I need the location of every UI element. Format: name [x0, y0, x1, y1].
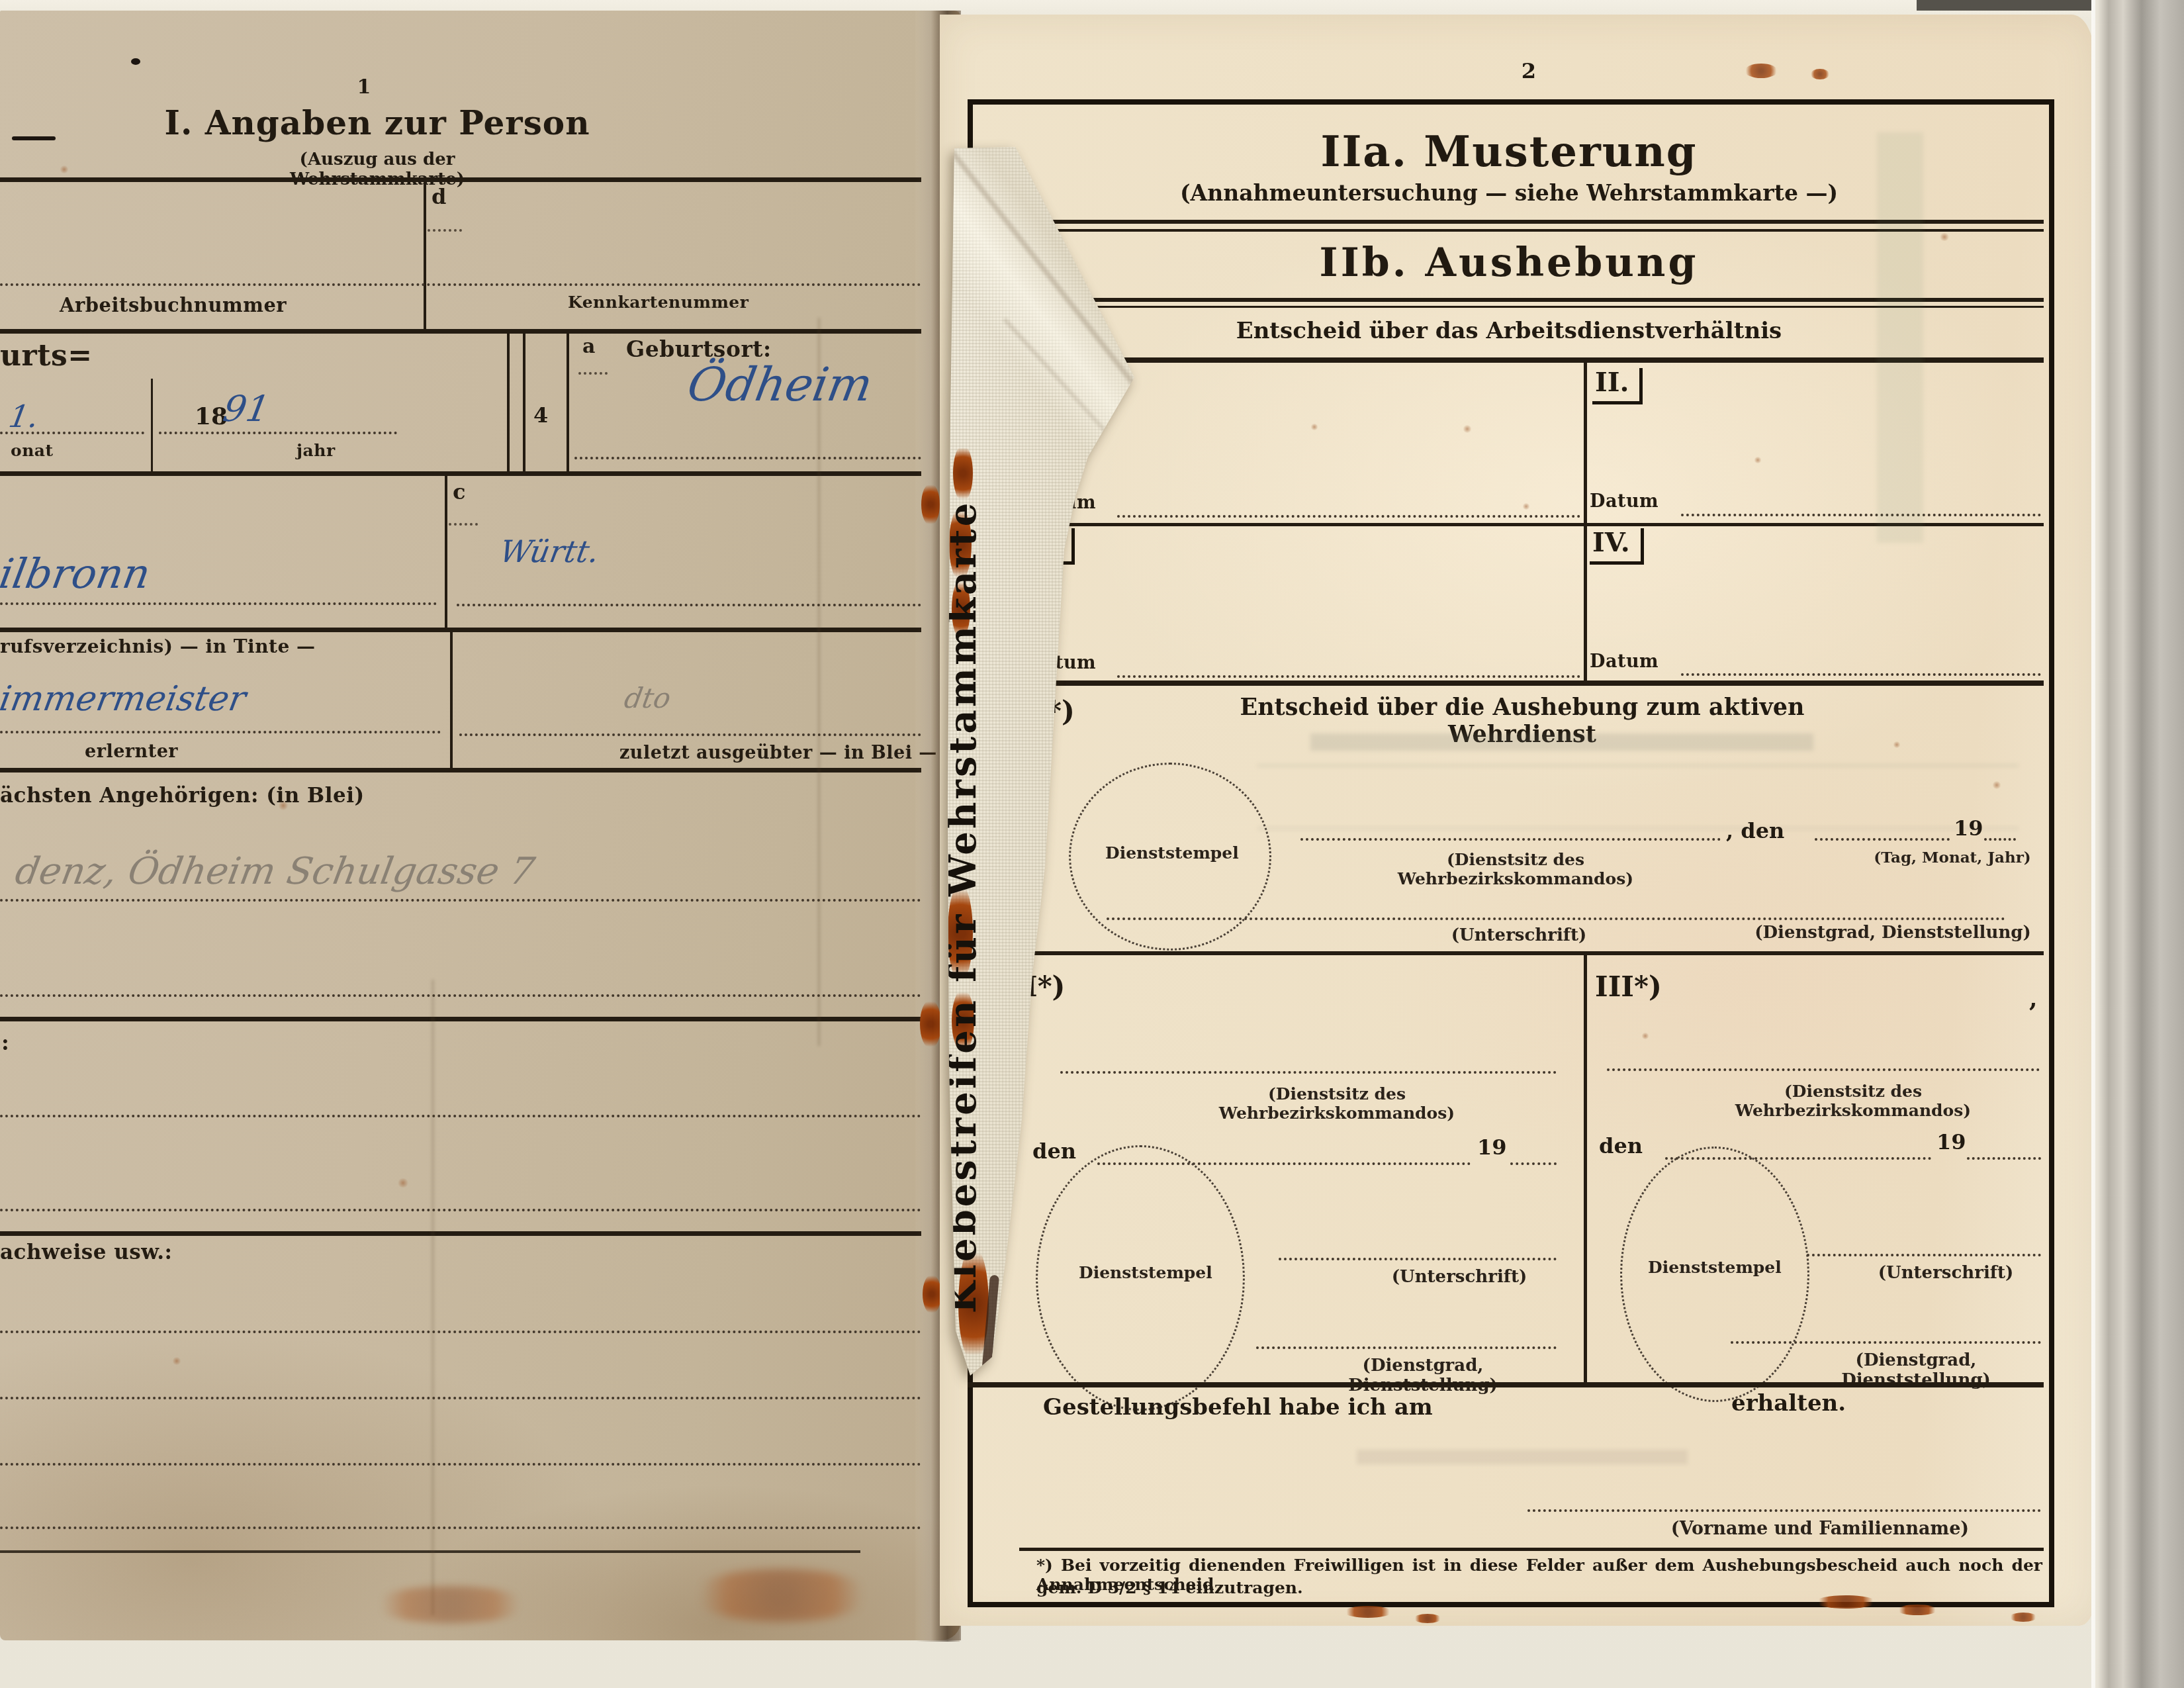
- left-page-number: 1: [318, 75, 410, 99]
- stain: [1992, 781, 2001, 789]
- label-erlernter: erlernter: [85, 741, 178, 762]
- bleed-through-line: [1257, 827, 2019, 829]
- left-page: [0, 11, 961, 1640]
- caption-dienstsitz: (Dienstsitz des Wehrbezirkskommandos): [1350, 850, 1681, 888]
- caption-dienstsitz: (Dienstsitz des Wehrbezirkskommandos): [1668, 1082, 2038, 1120]
- handwriting-beruf: immermeister: [0, 679, 249, 719]
- divider: [450, 628, 453, 769]
- stain: [1745, 64, 1778, 78]
- bleed-through-line: [1257, 765, 2019, 767]
- rule: [0, 768, 921, 773]
- page-edge-highlight: [2091, 0, 2095, 1688]
- rule: [0, 329, 921, 334]
- caption-unterschrift: (Unterschrift): [1350, 1267, 1569, 1287]
- entry-line: [457, 604, 921, 606]
- label-19: 19: [1477, 1135, 1507, 1160]
- field-box-c: c: [453, 479, 466, 504]
- entry-line: [1807, 1254, 2041, 1256]
- left-page-subtitle: (Auszug aus der Wehrstammkarte): [212, 150, 543, 189]
- entry-line: [1300, 838, 1721, 841]
- entry-line: [1117, 515, 1580, 518]
- stain: [278, 801, 289, 810]
- footnote-line-2: gem. D 3/2 § 14 einzutragen.: [1036, 1578, 2042, 1597]
- entry-line: [1117, 675, 1580, 678]
- entry-line: [1984, 838, 2016, 841]
- handwriting-land: Württ.: [497, 534, 602, 569]
- entry-line: [1681, 514, 2041, 516]
- tick-marks: [578, 372, 608, 375]
- divider: [445, 471, 447, 628]
- rule: [0, 1017, 921, 1021]
- entry-line: [1681, 673, 2041, 676]
- entry-line: [0, 899, 921, 902]
- right-page-number: 2: [1482, 58, 1575, 83]
- stain: [1414, 1614, 1441, 1623]
- entry-line: [1815, 838, 1950, 841]
- tick-marks: [428, 229, 462, 232]
- entry-line: [0, 994, 921, 997]
- stain: [1463, 425, 1472, 433]
- entry-line: [0, 283, 921, 286]
- photo-edge-sliver: [1917, 0, 2091, 11]
- entry-line: [1607, 1068, 2040, 1071]
- rule: [1019, 1548, 2044, 1551]
- text-gestellungsbefehl: Gestellungsbefehl habe ich am: [1043, 1394, 1433, 1421]
- tab-text-klebestreifen: Klebestreifen für Wehrstammkarte: [941, 430, 1018, 1383]
- tick-marks: [449, 523, 478, 526]
- entry-line: [1107, 917, 2005, 920]
- entry-line: [0, 1397, 921, 1399]
- label-den: , den: [1726, 818, 1784, 843]
- rule: [0, 628, 921, 632]
- entry-line: [574, 457, 921, 459]
- entry-line: [0, 432, 144, 434]
- label-zuletzt-ausgeuebter: zuletzt ausgeübter — in Blei —: [619, 743, 937, 763]
- grid-divider: [1584, 363, 1587, 680]
- rule: [0, 1550, 860, 1553]
- field-box-a: a: [582, 335, 596, 358]
- label-dienststempel: Dienststempel: [1648, 1258, 1780, 1277]
- scanned-wehrpass-spread: 1 I. Angaben zur Person (Auszug aus der …: [0, 0, 2184, 1688]
- label-jahr: jahr: [296, 441, 336, 460]
- label-geburts: urts=: [0, 339, 93, 373]
- entry-line: [1731, 1341, 2041, 1344]
- entry-line: [159, 432, 397, 434]
- header-iia-sub: (Annahmeuntersuchung — siehe Wehrstammka…: [1118, 180, 1899, 206]
- cloth-tab-body: Klebestreifen für Wehrstammkarte: [929, 139, 1154, 1397]
- label-19: 19: [1936, 1129, 1966, 1154]
- cloth-tab: Klebestreifen für Wehrstammkarte: [929, 139, 1154, 1397]
- ink-spot: [131, 58, 140, 65]
- stain: [1310, 424, 1318, 430]
- caption-tag-monat-jahr: (Tag, Monat, Jahr): [1853, 849, 2052, 867]
- entry-line: [1256, 1346, 1557, 1349]
- paper-crease: [818, 318, 820, 1046]
- handwriting-geburtsort: Ödheim: [684, 357, 877, 412]
- entry-line: [0, 1115, 921, 1117]
- handwriting-year: 91: [220, 388, 273, 430]
- plastic-sleeve-edge: [2091, 0, 2184, 1688]
- stain: [172, 1357, 181, 1365]
- entry-line: [0, 1463, 921, 1466]
- label-monat: onat: [11, 441, 54, 460]
- entry-line: [1279, 1258, 1557, 1260]
- handwriting-stadt: ilbronn: [0, 549, 154, 598]
- stain: [1343, 1606, 1392, 1618]
- bleed-through-text: [1357, 1450, 1688, 1464]
- box-label-iv: IV.: [1590, 528, 1644, 565]
- box-label-ii: II.: [1592, 368, 1643, 404]
- bleed-through-text: [1310, 733, 1813, 751]
- stain: [1815, 1595, 1877, 1609]
- bleed-through-column: [1877, 132, 1923, 543]
- label-angehoerigen: ächsten Angehörigen: (in Blei): [0, 784, 365, 808]
- entry-line: [0, 731, 441, 733]
- label-nachweise: achweise usw.:: [0, 1241, 172, 1264]
- stain: [1522, 503, 1530, 510]
- stain: [688, 1569, 874, 1622]
- rule: [0, 1231, 921, 1236]
- stain: [1754, 457, 1762, 463]
- rule: [0, 471, 921, 476]
- caption-vorname-familienname: (Vorname und Familienname): [1668, 1519, 1972, 1539]
- box-label-iii-star: III*): [1595, 970, 1662, 1003]
- label-colon-remnant: :: [1, 1030, 9, 1055]
- label-arbeitsbuchnummer: Arbeitsbuchnummer: [60, 294, 287, 316]
- entry-line: [1527, 1509, 2041, 1512]
- stain: [1811, 69, 1829, 79]
- handwriting-beruf-zuletzt: dto: [622, 682, 674, 714]
- header-iib-aushebung: IIb. Aushebung: [1158, 240, 1860, 286]
- column-number-4: 4: [533, 402, 548, 428]
- caption-dienstgrad: (Dienstgrad, Dienststellung): [1747, 923, 2038, 943]
- stain: [1893, 741, 1901, 748]
- label-kennkartenummer: Kennkartenummer: [568, 293, 749, 312]
- label-berufsverzeichnis: rufsverzeichnis) — in Tinte —: [0, 635, 316, 657]
- label-datum: Datum: [1590, 651, 1659, 672]
- stain: [1641, 1033, 1649, 1039]
- entry-line: [0, 1331, 921, 1333]
- stain: [371, 1586, 529, 1623]
- stain: [2009, 1613, 2037, 1622]
- caption-unterschrift: (Unterschrift): [1410, 925, 1628, 945]
- entry-line: [0, 602, 437, 605]
- handwriting-adresse: denz, Ödheim Schulgasse 7: [12, 850, 537, 893]
- entry-line: [1510, 1162, 1557, 1165]
- text-erhalten: erhalten.: [1731, 1390, 1846, 1417]
- entry-line: [0, 1209, 921, 1211]
- stain: [1939, 233, 1950, 241]
- header-iia-musterung: IIa. Musterung: [1158, 127, 1860, 177]
- line-end-comma: ,: [2029, 985, 2038, 1013]
- divider: [424, 177, 426, 329]
- stain: [60, 165, 69, 173]
- divider: [523, 329, 525, 471]
- entry-line: [1967, 1157, 2041, 1160]
- paper-crease: [432, 980, 434, 1615]
- divider: [567, 329, 569, 471]
- stain: [1897, 1605, 1938, 1615]
- grid-divider: [1584, 951, 1587, 1383]
- left-page-title: I. Angaben zur Person: [146, 103, 609, 142]
- entry-line: [459, 733, 921, 736]
- label-datum: Datum: [1590, 491, 1659, 512]
- entry-line: [0, 1526, 921, 1529]
- rule: [0, 177, 921, 182]
- field-box-d: d: [432, 184, 447, 209]
- label-19: 19: [1954, 816, 1983, 841]
- stain: [397, 1178, 409, 1188]
- header-arbeitsdienst: Entscheid über das Arbeitsdienstverhältn…: [1158, 318, 1860, 344]
- caption-dienstsitz: (Dienstsitz des Wehrbezirkskommandos): [1152, 1084, 1522, 1123]
- label-den: den: [1599, 1133, 1643, 1158]
- divider: [151, 379, 153, 471]
- divider: [507, 329, 510, 471]
- caption-unterschrift: (Unterschrift): [1846, 1263, 2045, 1283]
- caption-dienstgrad: (Dienstgrad, Dienststellung): [1291, 1356, 1555, 1395]
- ink-dash: [12, 136, 56, 140]
